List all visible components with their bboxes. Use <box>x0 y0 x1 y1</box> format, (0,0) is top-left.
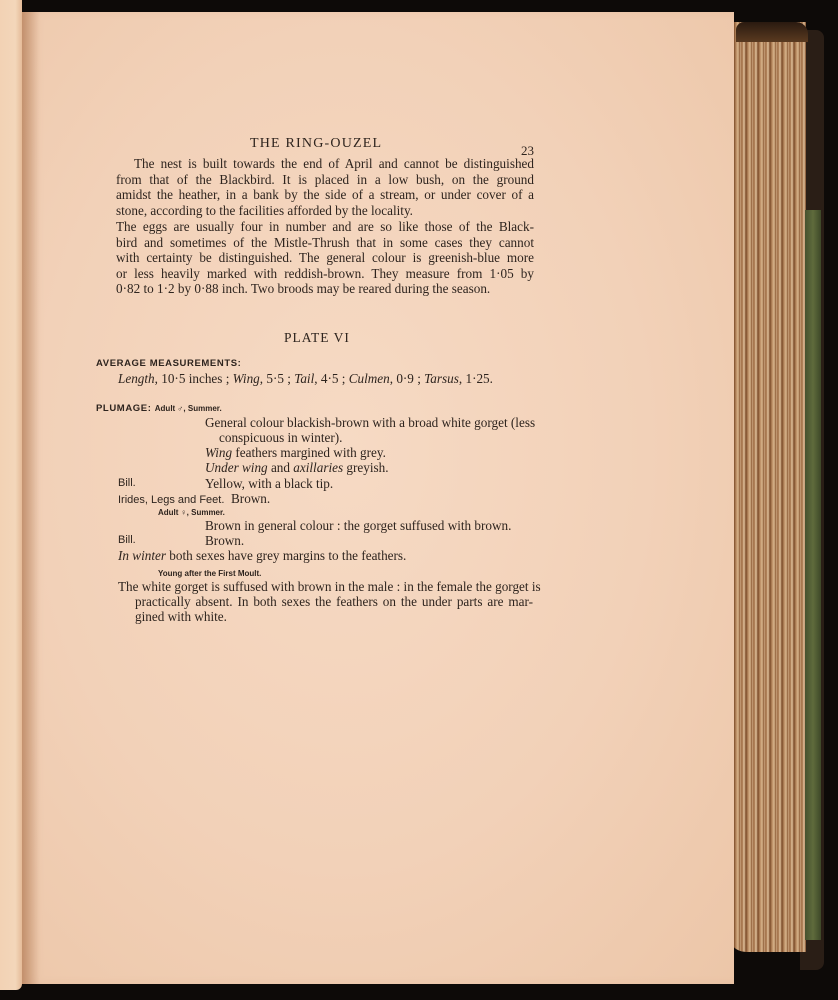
paragraph-nest: The nest is built towards the end of Apr… <box>116 156 534 218</box>
male-wing-line: Wing feathers margined with grey. <box>205 445 386 461</box>
text-line: The nest is built towards the end of Apr… <box>116 156 534 172</box>
book-cover-cloth <box>805 210 821 940</box>
text-line: with certainty be distinguished. The gen… <box>116 250 534 266</box>
male-general-line2: conspicuous in winter). <box>219 430 342 446</box>
previous-page-edge <box>0 0 22 990</box>
page-block-top <box>736 22 808 42</box>
text-line: amidst the heather, in a bank by the sid… <box>116 187 534 203</box>
adult-male-heading: Adult ♂, Summer. <box>155 404 222 413</box>
text-line: from that of the Blackbird. It is placed… <box>116 172 534 188</box>
running-head: THE RING-OUZEL <box>250 136 382 152</box>
female-bill-label: Bill. <box>118 533 136 549</box>
young-line1: The white gorget is suffused with brown … <box>118 579 533 595</box>
male-bill-label: Bill. <box>118 476 136 492</box>
male-bill-text: Yellow, with a black tip. <box>205 476 333 492</box>
measurements-line: Length, 10·5 inches ; Wing, 5·5 ; Tail, … <box>118 371 493 387</box>
gutter-shadow <box>22 12 40 984</box>
male-underwing-line: Under wing and axillaries greyish. <box>205 460 389 476</box>
text-line: 0·82 to 1·2 by 0·88 inch. Two broods may… <box>116 281 534 297</box>
text-line: stone, according to the facilities affor… <box>116 203 534 219</box>
measurements-heading: AVERAGE MEASUREMENTS: <box>96 356 241 372</box>
young-line2: practically absent. In both sexes the fe… <box>135 594 533 610</box>
male-general-line1: General colour blackish-brown with a bro… <box>205 415 535 431</box>
text-line: or less heavily marked with reddish-brow… <box>116 266 534 282</box>
winter-line: In winter both sexes have grey margins t… <box>118 548 406 564</box>
text-line: The eggs are usually four in number and … <box>116 219 534 235</box>
young-line3: gined with white. <box>135 609 227 625</box>
plate-title: PLATE VI <box>284 330 350 346</box>
female-general: Brown in general colour : the gorget suf… <box>205 518 511 534</box>
plumage-heading-row: PLUMAGE: Adult ♂, Summer. <box>96 399 222 417</box>
page-block-fore-edge <box>728 22 806 952</box>
plumage-heading: PLUMAGE: <box>96 403 151 414</box>
paragraph-eggs: The eggs are usually four in number and … <box>116 219 534 297</box>
text-line: bird and sometimes of the Mistle-Thrush … <box>116 235 534 251</box>
female-bill-text: Brown. <box>205 533 244 549</box>
